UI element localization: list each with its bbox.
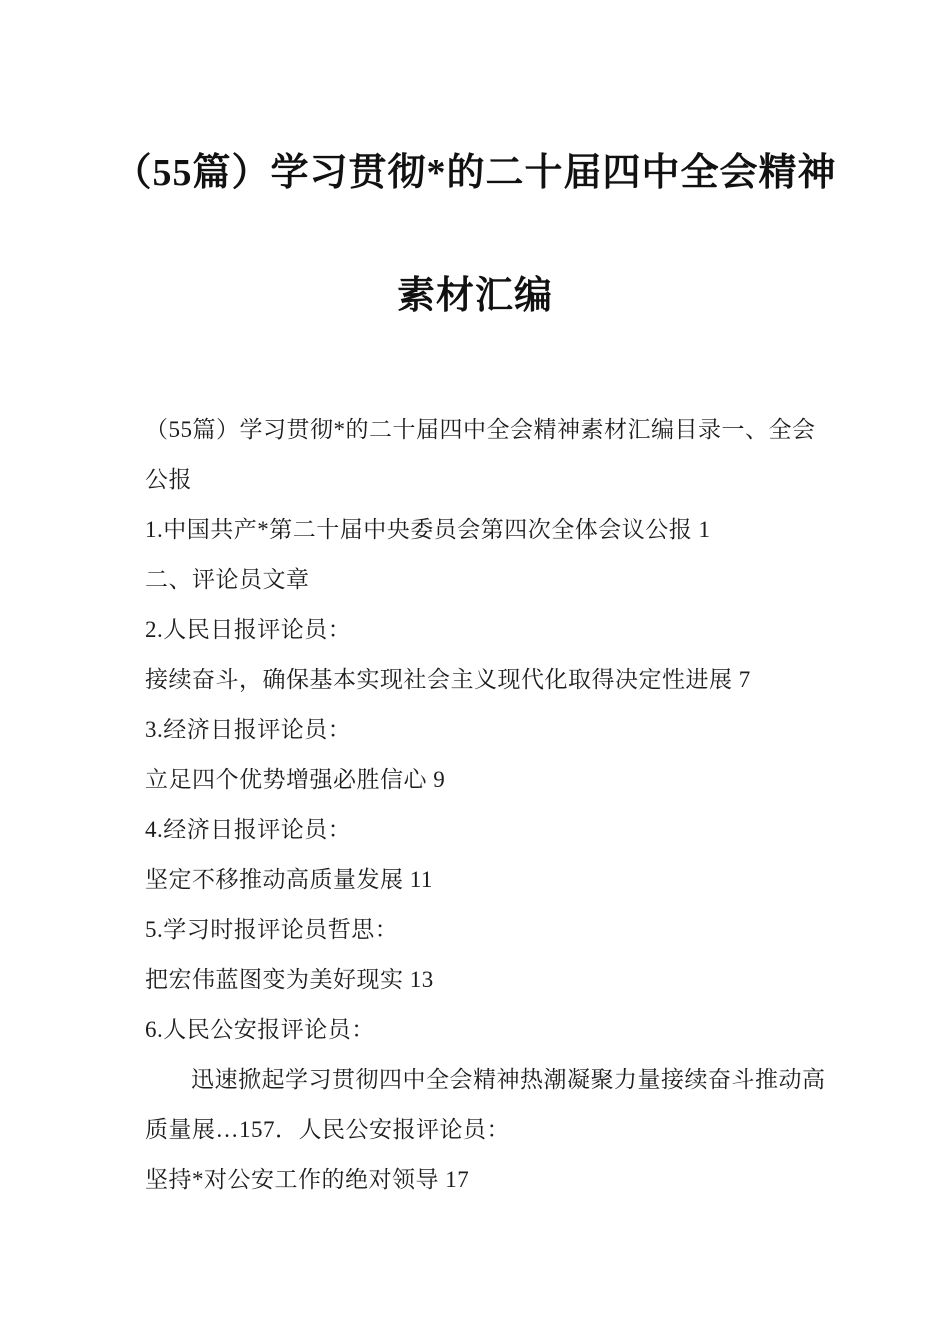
- body-line: 坚定不移推动高质量发展 11: [145, 855, 825, 905]
- document-title-line2: 素材汇编: [0, 276, 950, 316]
- body-line: 5.学习时报评论员哲思：: [145, 905, 825, 955]
- document-page: （55篇）学习贯彻*的二十届四中全会精神 素材汇编 （55篇）学习贯彻*的二十届…: [0, 0, 950, 1344]
- body-line: 接续奋斗，确保基本实现社会主义现代化取得决定性进展 7: [145, 655, 825, 705]
- body-line: 6.人民公安报评论员：: [145, 1005, 825, 1055]
- body-line: 1.中国共产*第二十届中央委员会第四次全体会议公报 1: [145, 505, 825, 555]
- body-line: 质量展…157．人民公安报评论员：: [145, 1105, 825, 1155]
- body-line: 2.人民日报评论员：: [145, 605, 825, 655]
- table-of-contents: （55篇）学习贯彻*的二十届四中全会精神素材汇编目录一、全会公报1.中国共产*第…: [145, 405, 825, 1205]
- body-line: 4.经济日报评论员：: [145, 805, 825, 855]
- body-line: 迅速掀起学习贯彻四中全会精神热潮凝聚力量接续奋斗推动高: [145, 1055, 825, 1105]
- body-line: 把宏伟蓝图变为美好现实 13: [145, 955, 825, 1005]
- body-line: 3.经济日报评论员：: [145, 705, 825, 755]
- body-line: 坚持*对公安工作的绝对领导 17: [145, 1155, 825, 1205]
- document-title-line1: （55篇）学习贯彻*的二十届四中全会精神: [0, 153, 950, 193]
- body-line: 公报: [145, 455, 825, 505]
- body-line: （55篇）学习贯彻*的二十届四中全会精神素材汇编目录一、全会: [145, 405, 825, 455]
- body-line: 立足四个优势增强必胜信心 9: [145, 755, 825, 805]
- body-line: 二、评论员文章: [145, 555, 825, 605]
